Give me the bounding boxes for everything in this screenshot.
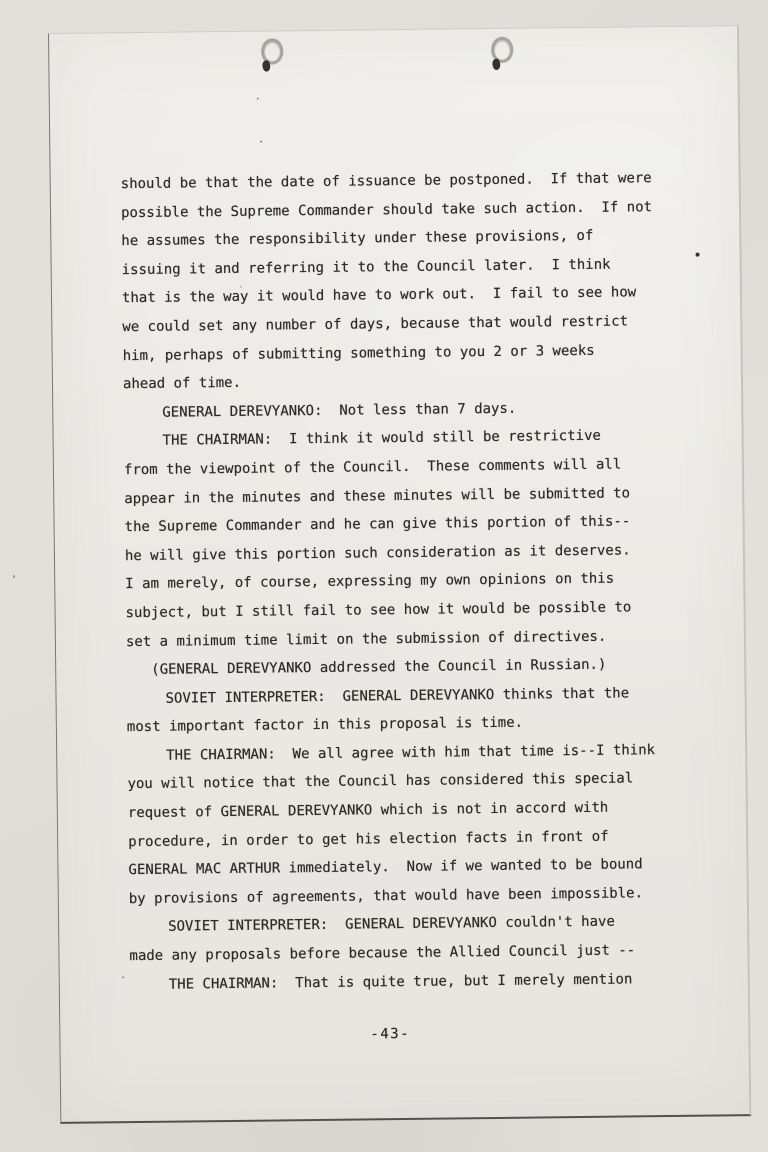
binder-ring-imprint (261, 38, 283, 64)
dust-speck (13, 575, 15, 578)
binder-ring-imprint (491, 37, 513, 63)
typed-text-body: should be that the date of issuance be p… (121, 164, 708, 1000)
ink-speck (696, 253, 700, 257)
ink-speck (257, 98, 259, 100)
document-page: should be that the date of issuance be p… (48, 25, 751, 1124)
typed-line: THE CHAIRMAN: That is quite true, but I … (130, 964, 708, 999)
ink-speck (122, 976, 125, 978)
scanned-page-background: { "document": { "page_number": "-43-", "… (0, 0, 768, 1152)
ink-speck (240, 286, 242, 288)
ink-speck (260, 141, 262, 143)
page-number: -43- (370, 1026, 410, 1042)
